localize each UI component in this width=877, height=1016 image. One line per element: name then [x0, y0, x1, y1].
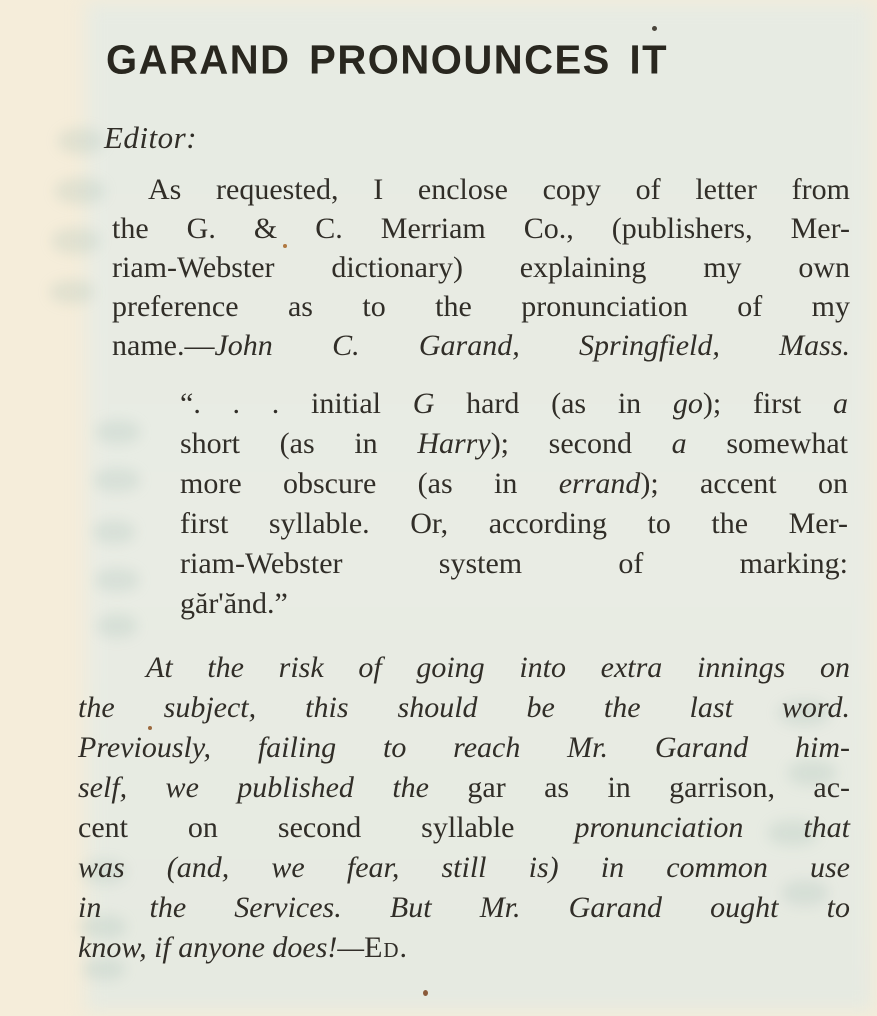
italic-text: a [833, 387, 848, 420]
text-line: self, we published the gar as in garriso… [78, 768, 850, 808]
body-text: ); second [491, 427, 672, 460]
italic-text: Harry [417, 427, 490, 460]
article-title: GARAND PRONOUNCES IT [106, 38, 668, 84]
text-line: riam-Webster dictionary) explaining my o… [112, 248, 850, 287]
ink-speck [423, 990, 428, 996]
italic-text: was (and, we fear, still is) in common u… [78, 851, 850, 884]
text-line: găr'ănd.” [180, 584, 848, 624]
body-text: somewhat [687, 427, 848, 460]
body-text: more obscure (as in [180, 467, 559, 500]
body-text: găr'ănd.” [180, 587, 288, 620]
ink-speck [652, 26, 657, 31]
bleed-through-mark [94, 468, 140, 492]
italic-text: in the Services. But Mr. Garand ought to [78, 891, 850, 924]
text-line: name.—John C. Garand, Springfield, Mass. [112, 326, 850, 365]
text-line: the G. & C. Merriam Co., (publishers, Me… [112, 209, 850, 248]
bleed-through-mark [52, 228, 100, 254]
quoted-pronunciation-paragraph: “. . . initial G hard (as in go); first … [180, 384, 848, 624]
body-text: “. . . initial [180, 387, 413, 420]
text-line: short (as in Harry); second a somewhat [180, 424, 848, 464]
bleed-through-mark [96, 420, 140, 444]
body-text: As requested, I enclose copy of letter f… [148, 173, 850, 206]
italic-text: self, we published the [78, 771, 467, 804]
italic-text: know, if anyone does!— [78, 931, 364, 964]
letter-body-paragraph: As requested, I enclose copy of letter f… [112, 170, 850, 365]
editor-reply-paragraph: At the risk of going into extra innings … [78, 648, 850, 968]
body-text: preference as to the pronunciation of my [112, 290, 850, 323]
body-text: hard (as in [434, 387, 673, 420]
bleed-through-mark [95, 568, 139, 592]
bleed-through-mark [55, 178, 105, 204]
italic-text: go [673, 387, 703, 420]
body-text: short (as in [180, 427, 417, 460]
text-line: cent on second syllable pronunciation th… [78, 808, 850, 848]
scanned-magazine-page: GARAND PRONOUNCES IT Editor: As requeste… [0, 0, 877, 1016]
italic-text: At the risk of going into extra innings … [146, 651, 850, 684]
italic-text: the subject, this should be the last wor… [78, 691, 850, 724]
text-line: Previously, failing to reach Mr. Garand … [78, 728, 850, 768]
italic-text: John C. Garand, Springfield, Mass. [214, 329, 850, 362]
italic-text: Previously, failing to reach Mr. Garand … [78, 731, 850, 764]
body-text: ); first [703, 387, 833, 420]
body-text: first syllable. Or, according to the Mer… [180, 507, 848, 540]
text-line: At the risk of going into extra innings … [78, 648, 850, 688]
italic-text: pronunciation that [574, 811, 850, 844]
ink-speck [148, 726, 152, 730]
body-text: cent on second syllable [78, 811, 574, 844]
body-text: riam-Webster dictionary) explaining my o… [112, 251, 850, 284]
body-text: gar as in garrison, ac- [467, 771, 850, 804]
smallcaps-text: Ed. [364, 931, 408, 964]
text-line: “. . . initial G hard (as in go); first … [180, 384, 848, 424]
text-line: in the Services. But Mr. Garand ought to [78, 888, 850, 928]
body-text: name.— [112, 329, 214, 362]
text-line: the subject, this should be the last wor… [78, 688, 850, 728]
text-line: more obscure (as in errand); accent on [180, 464, 848, 504]
italic-text: a [672, 427, 687, 460]
body-text: the G. & C. Merriam Co., (publishers, Me… [112, 212, 850, 245]
text-line: As requested, I enclose copy of letter f… [112, 170, 850, 209]
text-line: first syllable. Or, according to the Mer… [180, 504, 848, 544]
text-line: preference as to the pronunciation of my [112, 287, 850, 326]
body-text: ); accent on [640, 467, 848, 500]
bleed-through-mark [97, 614, 137, 638]
bleed-through-mark [93, 520, 135, 544]
bleed-through-mark [50, 280, 94, 304]
ink-speck [283, 244, 287, 248]
italic-text: errand [559, 467, 641, 500]
bleed-through-mark [58, 128, 104, 154]
text-line: riam-Webster system of marking: [180, 544, 848, 584]
body-text: riam-Webster system of marking: [180, 547, 848, 580]
italic-text: G [413, 387, 435, 420]
text-line: was (and, we fear, still is) in common u… [78, 848, 850, 888]
salutation: Editor: [104, 120, 197, 156]
text-line: know, if anyone does!—Ed. [78, 928, 850, 968]
